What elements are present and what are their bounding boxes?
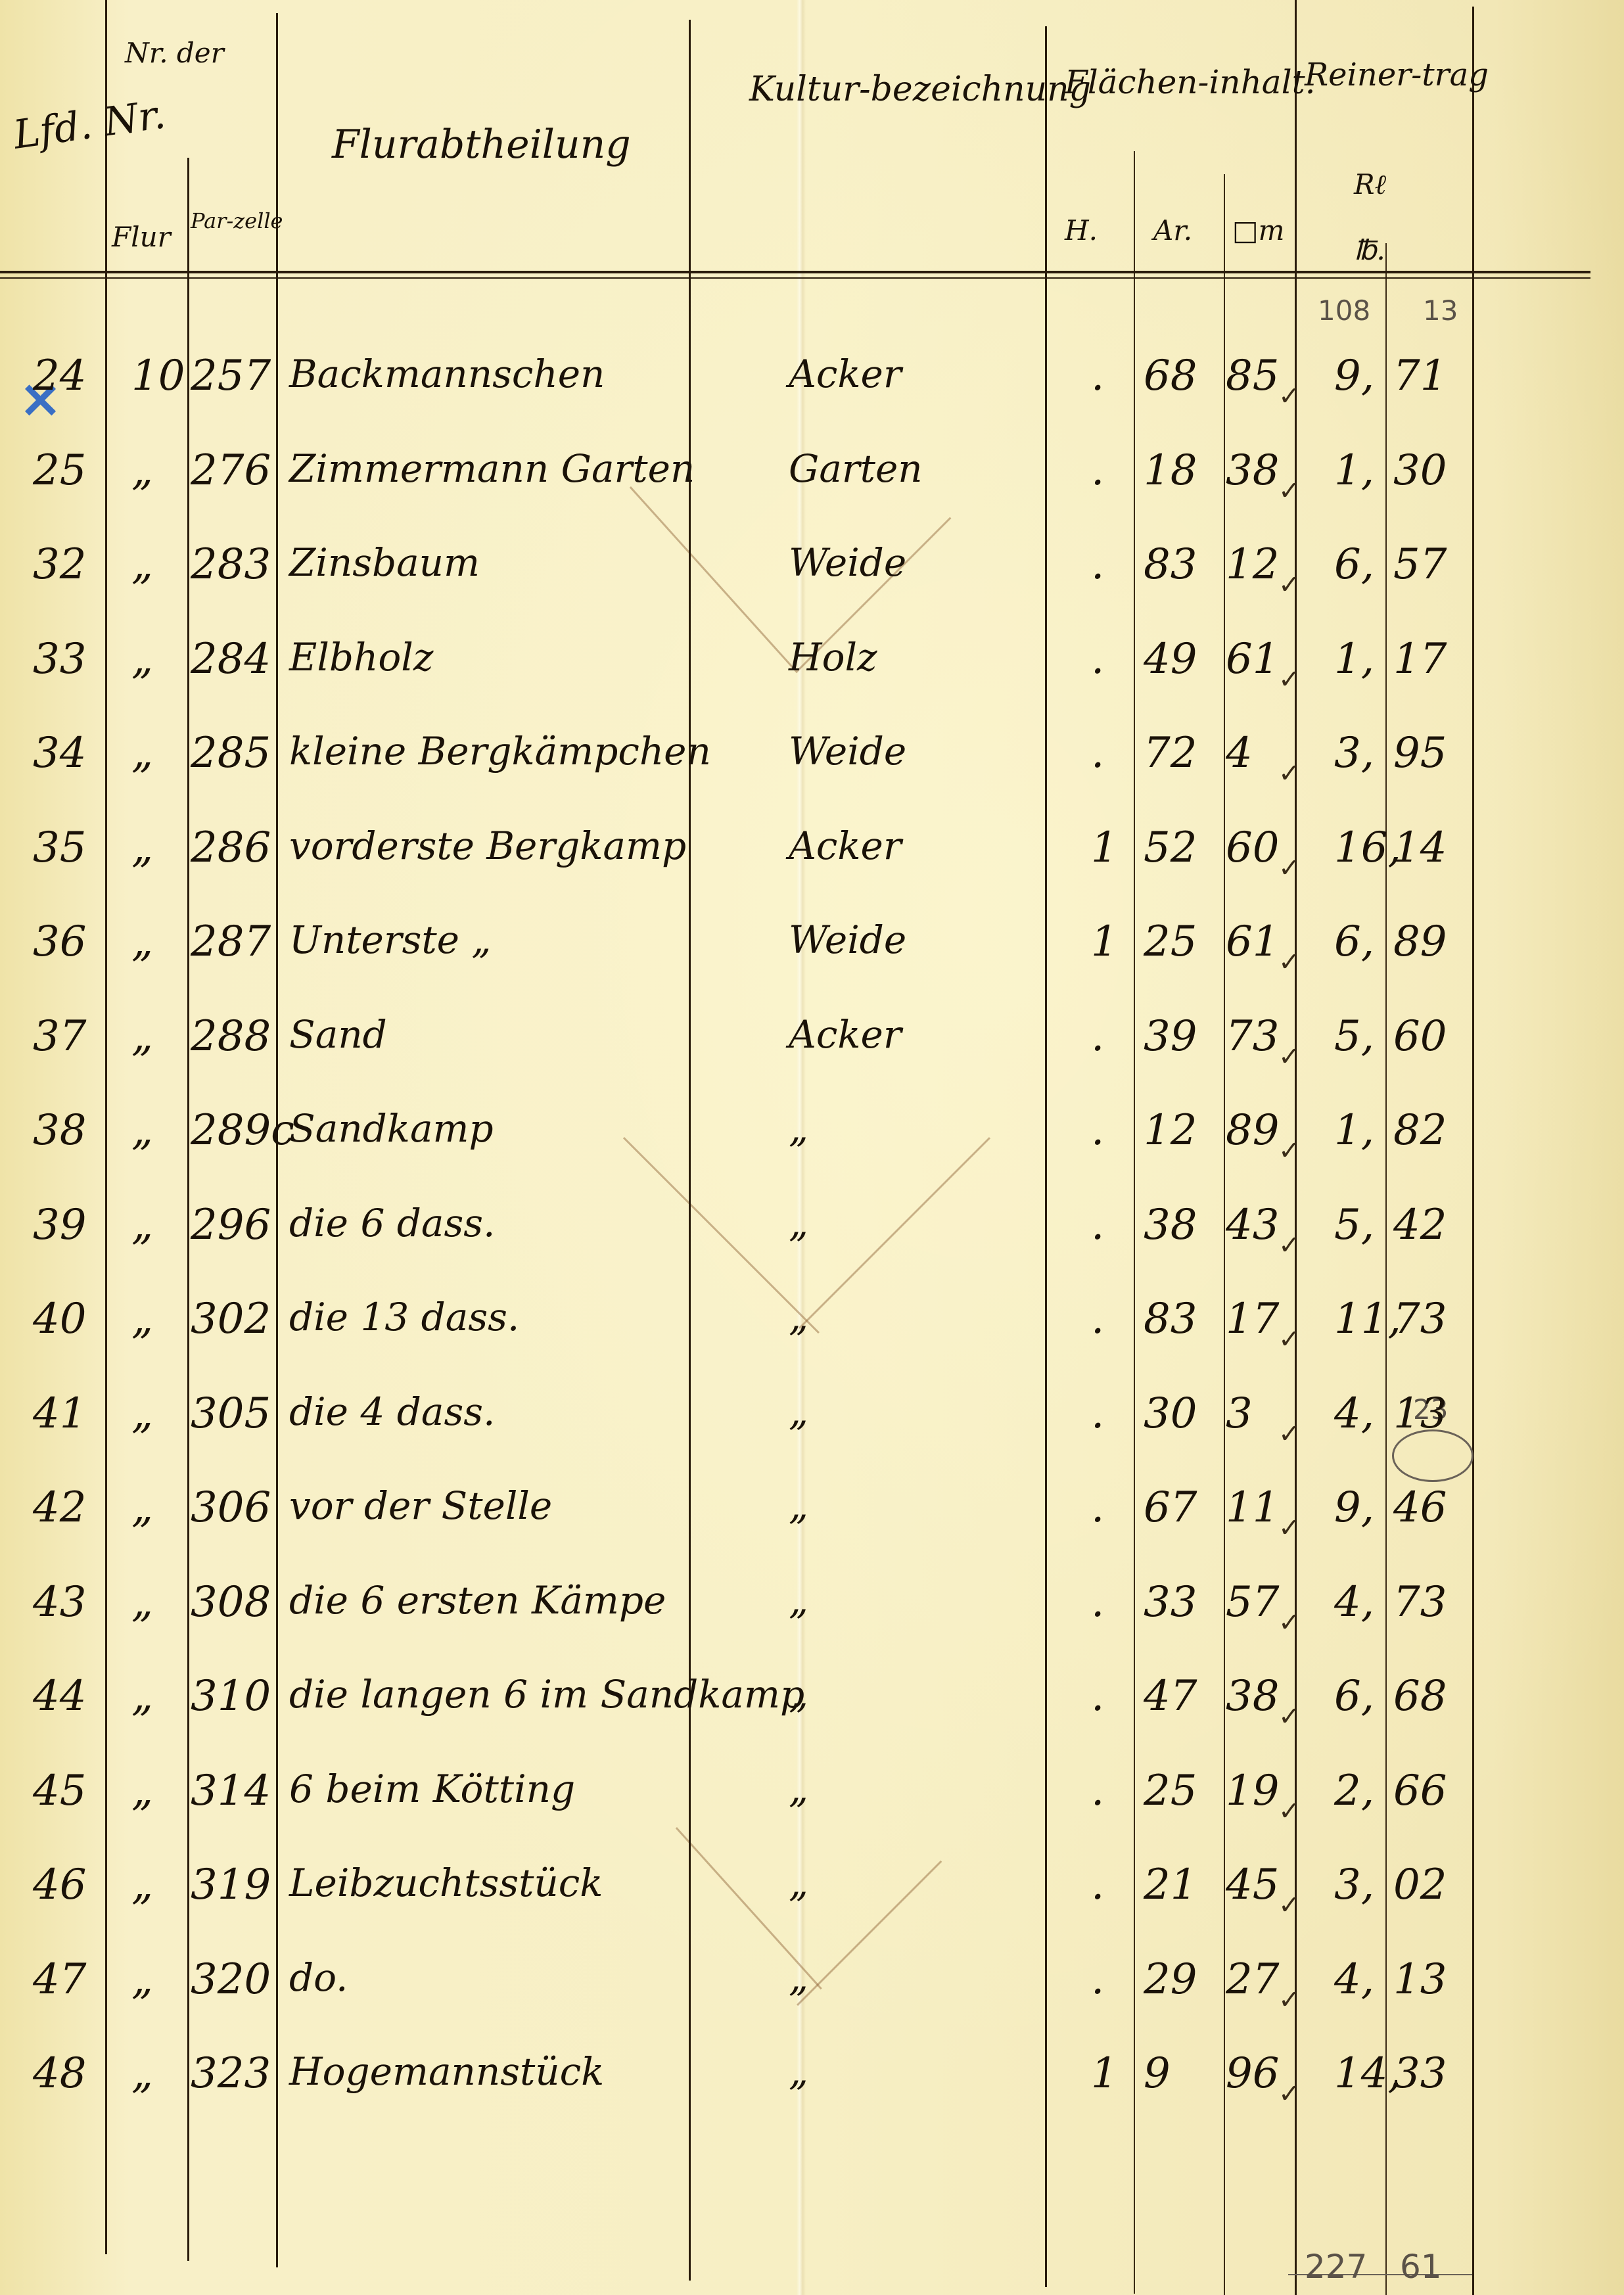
sqm-cell: 4 [1226, 732, 1253, 774]
check-mark-icon: ✓ [1278, 1513, 1301, 1543]
header-nr-der: Nr. der [125, 39, 224, 67]
kultur-cell: „ [789, 1393, 808, 1431]
flur-cell: „ [131, 1109, 153, 1151]
reinertrag-pf-cell: 13 [1393, 1393, 1447, 1435]
reinertrag-pf-cell: 71 [1393, 355, 1447, 397]
flur-cell: „ [131, 921, 153, 963]
table-row: 41„305die 4 dass.„.3034,13✓ [0, 1379, 1624, 1472]
table-row: 33„284ElbholzHolz.49611,17✓ [0, 625, 1624, 717]
flurabtheilung-cell: Zimmermann Garten [289, 450, 695, 488]
flur-cell: „ [131, 1298, 153, 1340]
parzelle-cell: 323 [191, 2052, 271, 2095]
lfd-nr-cell: 25 [33, 450, 86, 492]
ar-cell: 18 [1144, 450, 1197, 492]
flurabtheilung-cell: die 13 dass. [289, 1298, 519, 1336]
sqm-cell: 17 [1226, 1298, 1279, 1340]
reinertrag-thaler-cell: 1, [1334, 450, 1374, 492]
flurabtheilung-cell: die langen 6 im Sandkamp [289, 1675, 804, 1713]
reinertrag-thaler-cell: 6, [1334, 544, 1374, 586]
lfd-nr-cell: 38 [33, 1109, 86, 1151]
parzelle-cell: 310 [191, 1675, 271, 1717]
header-rule [0, 277, 1590, 279]
flurabtheilung-cell: Leibzuchtsstück [289, 1864, 603, 1902]
header-reinertrag-unit: Rℓ [1354, 171, 1386, 198]
parzelle-cell: 308 [191, 1581, 271, 1623]
parzelle-cell: 314 [191, 1770, 271, 1812]
table-row: 36„287Unterste „Weide125616,89✓ [0, 908, 1624, 1000]
check-mark-icon: ✓ [1278, 570, 1301, 600]
lfd-nr-cell: 40 [33, 1298, 86, 1340]
parzelle-cell: 305 [191, 1393, 271, 1435]
hectare-cell: . [1091, 1864, 1104, 1906]
flurabtheilung-cell: Backmannschen [289, 355, 605, 393]
pencil-note: 13 [1423, 294, 1458, 327]
register-page: Lfd. Nr. Nr. der Flur Par-zelle Flurabth… [0, 0, 1624, 2295]
ar-cell: 47 [1144, 1675, 1197, 1717]
reinertrag-thaler-cell: 4, [1334, 1959, 1374, 2001]
flurabtheilung-cell: Unterste „ [289, 921, 491, 959]
sqm-cell: 85 [1226, 355, 1279, 397]
flur-cell: „ [131, 827, 153, 869]
lfd-nr-cell: 42 [33, 1487, 86, 1529]
flurabtheilung-cell: Elbholz [289, 638, 433, 676]
reinertrag-pf-cell: 89 [1393, 921, 1447, 963]
lfd-nr-cell: 48 [33, 2052, 86, 2095]
kultur-cell: „ [789, 1487, 808, 1525]
check-mark-icon: ✓ [1278, 2079, 1301, 2109]
hectare-cell: 1 [1091, 921, 1118, 963]
header-qm: □m [1232, 217, 1285, 244]
kultur-cell: „ [789, 1770, 808, 1808]
parzelle-cell: 302 [191, 1298, 271, 1340]
ar-cell: 25 [1144, 1770, 1197, 1812]
ar-cell: 67 [1144, 1487, 1197, 1529]
reinertrag-thaler-cell: 14, [1334, 2052, 1401, 2095]
table-row: 39„296die 6 dass.„.38435,42✓ [0, 1191, 1624, 1283]
table-row: 34„285kleine BergkämpchenWeide.7243,95✓ [0, 719, 1624, 811]
flurabtheilung-cell: Zinsbaum [289, 544, 480, 582]
sqm-cell: 61 [1226, 921, 1279, 963]
check-mark-icon: ✓ [1278, 1890, 1301, 1920]
ar-cell: 52 [1144, 827, 1197, 869]
table-row: 48„323Hogemannstück„199614,33✓ [0, 2039, 1624, 2131]
check-mark-icon: ✓ [1278, 1136, 1301, 1166]
ar-cell: 25 [1144, 921, 1197, 963]
lfd-nr-cell: 44 [33, 1675, 86, 1717]
sqm-cell: 11 [1226, 1487, 1279, 1529]
reinertrag-pf-cell: 17 [1393, 638, 1447, 680]
hectare-cell: . [1091, 1109, 1104, 1151]
check-mark-icon: ✓ [1278, 476, 1301, 506]
kultur-cell: Acker [789, 1015, 902, 1054]
ar-cell: 72 [1144, 732, 1197, 774]
kultur-cell: Weide [789, 732, 906, 770]
reinertrag-thaler-cell: 9, [1334, 1487, 1374, 1529]
hectare-cell: . [1091, 638, 1104, 680]
reinertrag-thaler-cell: 1, [1334, 1109, 1374, 1151]
ar-cell: 68 [1144, 355, 1197, 397]
lfd-nr-cell: 35 [33, 827, 86, 869]
hectare-cell: . [1091, 1959, 1104, 2001]
header-reinertrag-sub: ℔. [1354, 237, 1385, 264]
parzelle-cell: 306 [191, 1487, 271, 1529]
kultur-cell: „ [789, 1298, 808, 1336]
reinertrag-pf-cell: 95 [1393, 732, 1447, 774]
sqm-cell: 3 [1226, 1393, 1253, 1435]
table-row: 42„306vor der Stelle„.67119,46✓ [0, 1473, 1624, 1565]
ar-cell: 9 [1144, 2052, 1171, 2095]
header-flur: Flur [112, 223, 171, 251]
check-mark-icon: ✓ [1278, 853, 1301, 883]
flurabtheilung-cell: 6 beim Kötting [289, 1770, 575, 1808]
ar-cell: 83 [1144, 1298, 1197, 1340]
lfd-nr-cell: 46 [33, 1864, 86, 1906]
reinertrag-thaler-cell: 9, [1334, 355, 1374, 397]
reinertrag-pf-cell: 42 [1393, 1204, 1447, 1246]
sqm-cell: 89 [1226, 1109, 1279, 1151]
kultur-cell: Holz [789, 638, 877, 676]
hectare-cell: . [1091, 450, 1104, 492]
parzelle-cell: 287 [191, 921, 271, 963]
flur-cell: „ [131, 2052, 153, 2095]
flur-cell: „ [131, 1864, 153, 1906]
flur-cell: „ [131, 1393, 153, 1435]
ar-cell: 30 [1144, 1393, 1197, 1435]
sqm-cell: 45 [1226, 1864, 1279, 1906]
lfd-nr-cell: 43 [33, 1581, 86, 1623]
reinertrag-pf-cell: 02 [1393, 1864, 1447, 1906]
sqm-cell: 60 [1226, 827, 1279, 869]
parzelle-cell: 296 [191, 1204, 271, 1246]
flur-cell: „ [131, 450, 153, 492]
lfd-nr-cell: 34 [33, 732, 86, 774]
check-mark-icon: ✓ [1278, 381, 1301, 411]
reinertrag-thaler-cell: 4, [1334, 1581, 1374, 1623]
table-row: 45„3146 beim Kötting„.25192,66✓ [0, 1757, 1624, 1849]
check-mark-icon: ✓ [1278, 1230, 1301, 1261]
hectare-cell: . [1091, 1298, 1104, 1340]
hectare-cell: . [1091, 1393, 1104, 1435]
flurabtheilung-cell: vor der Stelle [289, 1487, 552, 1525]
sqm-cell: 38 [1226, 450, 1279, 492]
kultur-cell: Weide [789, 544, 906, 582]
kultur-cell: „ [789, 2052, 808, 2091]
flurabtheilung-cell: Sand [289, 1015, 387, 1054]
reinertrag-pf-cell: 46 [1393, 1487, 1447, 1529]
lfd-nr-cell: 32 [33, 544, 86, 586]
kultur-cell: „ [789, 1204, 808, 1242]
ar-cell: 49 [1144, 638, 1197, 680]
table-row: 43„308die 6 ersten Kämpe„.33574,73✓ [0, 1568, 1624, 1660]
check-mark-icon: ✓ [1278, 1042, 1301, 1072]
reinertrag-thaler-cell: 5, [1334, 1015, 1374, 1057]
hectare-cell: . [1091, 355, 1104, 397]
table-row: 25„276Zimmermann GartenGarten.18381,30✓ [0, 436, 1624, 528]
check-mark-icon: ✓ [1278, 1324, 1301, 1355]
table-row: 37„288SandAcker.39735,60✓ [0, 1002, 1624, 1094]
sqm-cell: 38 [1226, 1675, 1279, 1717]
flur-cell: „ [131, 544, 153, 586]
sqm-cell: 43 [1226, 1204, 1279, 1246]
reinertrag-pf-cell: 60 [1393, 1015, 1447, 1057]
lfd-nr-cell: 36 [33, 921, 86, 963]
check-mark-icon: ✓ [1278, 758, 1301, 789]
check-mark-icon: ✓ [1278, 1796, 1301, 1826]
sqm-cell: 96 [1226, 2052, 1279, 2095]
kultur-cell: Weide [789, 921, 906, 959]
ar-cell: 12 [1144, 1109, 1197, 1151]
sqm-cell: 57 [1226, 1581, 1279, 1623]
flur-cell: „ [131, 638, 153, 680]
reinertrag-thaler-cell: 6, [1334, 921, 1374, 963]
parzelle-cell: 285 [191, 732, 271, 774]
header-flaecheninhalt: Flächen-inhalt. [1065, 66, 1316, 99]
reinertrag-thaler-cell: 3, [1334, 732, 1374, 774]
sqm-cell: 61 [1226, 638, 1279, 680]
flur-cell: „ [131, 1204, 153, 1246]
flurabtheilung-cell: die 6 ersten Kämpe [289, 1581, 666, 1619]
header-reinertrag: Reiner-trag [1305, 59, 1489, 91]
reinertrag-pf-cell: 66 [1393, 1770, 1447, 1812]
ar-cell: 21 [1144, 1864, 1197, 1906]
flur-cell: „ [131, 732, 153, 774]
reinertrag-thaler-cell: 11, [1334, 1298, 1401, 1340]
reinertrag-pf-cell: 33 [1393, 2052, 1447, 2095]
parzelle-cell: 289c [191, 1109, 294, 1151]
reinertrag-pf-cell: 57 [1393, 544, 1447, 586]
flur-cell: „ [131, 1675, 153, 1717]
reinertrag-thaler-cell: 4, [1334, 1393, 1374, 1435]
flurabtheilung-cell: Sandkamp [289, 1109, 494, 1147]
header-ha: H. [1065, 217, 1098, 244]
reinertrag-thaler-cell: 1, [1334, 638, 1374, 680]
check-mark-icon: ✓ [1278, 664, 1301, 695]
table-row: 32„283ZinsbaumWeide.83126,57✓ [0, 530, 1624, 622]
table-row: 2410257BackmannschenAcker.68859,71✓ [0, 342, 1624, 434]
header-parzelle: Par-zelle [191, 210, 283, 231]
sqm-cell: 19 [1226, 1770, 1279, 1812]
check-mark-icon: ✓ [1278, 1608, 1301, 1638]
reinertrag-thaler-cell: 6, [1334, 1675, 1374, 1717]
lfd-nr-cell: 41 [33, 1393, 86, 1435]
ar-cell: 83 [1144, 544, 1197, 586]
check-mark-icon: ✓ [1278, 947, 1301, 977]
check-mark-icon: ✓ [1278, 1985, 1301, 2015]
parzelle-cell: 319 [191, 1864, 271, 1906]
flur-cell: „ [131, 1770, 153, 1812]
lfd-nr-cell: 24 [33, 355, 86, 397]
hectare-cell: . [1091, 732, 1104, 774]
kultur-cell: „ [789, 1675, 808, 1713]
parzelle-cell: 284 [191, 638, 271, 680]
flur-cell: „ [131, 1581, 153, 1623]
ar-cell: 29 [1144, 1959, 1197, 2001]
reinertrag-pf-cell: 30 [1393, 450, 1447, 492]
parzelle-cell: 320 [191, 1959, 271, 2001]
reinertrag-pf-cell: 73 [1393, 1581, 1447, 1623]
table-row: 44„310die langen 6 im Sandkamp„.47386,68… [0, 1662, 1624, 1754]
hectare-cell: . [1091, 1487, 1104, 1529]
kultur-cell: „ [789, 1581, 808, 1619]
header-rule [0, 271, 1590, 273]
sqm-cell: 73 [1226, 1015, 1279, 1057]
hectare-cell: . [1091, 1581, 1104, 1623]
hectare-cell: . [1091, 1204, 1104, 1246]
flurabtheilung-cell: vorderste Bergkamp [289, 827, 686, 865]
total-reinertrag-pf: 61 [1400, 2248, 1442, 2286]
lfd-nr-cell: 37 [33, 1015, 86, 1057]
lfd-nr-cell: 39 [33, 1204, 86, 1246]
hectare-cell: 1 [1091, 2052, 1118, 2095]
pencil-note: 108 [1318, 294, 1370, 327]
reinertrag-thaler-cell: 2, [1334, 1770, 1374, 1812]
hectare-cell: . [1091, 1675, 1104, 1717]
total-reinertrag-thaler: 227 [1305, 2248, 1367, 2286]
kultur-cell: „ [789, 1959, 808, 1997]
flur-cell: „ [131, 1487, 153, 1529]
reinertrag-pf-cell: 68 [1393, 1675, 1447, 1717]
reinertrag-thaler-cell: 16, [1334, 827, 1401, 869]
table-row: 35„286vorderste BergkampAcker1526016,14✓ [0, 814, 1624, 906]
sqm-cell: 12 [1226, 544, 1279, 586]
kultur-cell: Acker [789, 827, 902, 865]
header-ar: Ar. [1153, 217, 1192, 244]
table-row: 46„319Leibzuchtsstück„.21453,02✓ [0, 1851, 1624, 1943]
reinertrag-thaler-cell: 5, [1334, 1204, 1374, 1246]
reinertrag-pf-cell: 14 [1393, 827, 1447, 869]
ar-cell: 39 [1144, 1015, 1197, 1057]
flurabtheilung-cell: die 4 dass. [289, 1393, 495, 1431]
flurabtheilung-cell: Hogemannstück [289, 2052, 604, 2091]
parzelle-cell: 286 [191, 827, 271, 869]
ar-cell: 33 [1144, 1581, 1197, 1623]
flur-cell: „ [131, 1015, 153, 1057]
reinertrag-pf-cell: 82 [1393, 1109, 1447, 1151]
sqm-cell: 27 [1226, 1959, 1279, 2001]
flur-cell: 10 [131, 355, 185, 397]
reinertrag-pf-cell: 73 [1393, 1298, 1447, 1340]
parzelle-cell: 276 [191, 450, 271, 492]
check-mark-icon: ✓ [1278, 1702, 1301, 1732]
header-kultur: Kultur-bezeichnung [749, 72, 1091, 106]
kultur-cell: Garten [789, 450, 923, 488]
reinertrag-thaler-cell: 3, [1334, 1864, 1374, 1906]
flur-cell: „ [131, 1959, 153, 2001]
parzelle-cell: 288 [191, 1015, 271, 1057]
hectare-cell: . [1091, 544, 1104, 586]
reinertrag-pf-cell: 13 [1393, 1959, 1447, 2001]
lfd-nr-cell: 45 [33, 1770, 86, 1812]
table-row: 38„289cSandkamp„.12891,82✓ [0, 1096, 1624, 1188]
parzelle-cell: 257 [191, 355, 271, 397]
hectare-cell: . [1091, 1015, 1104, 1057]
hectare-cell: . [1091, 1770, 1104, 1812]
parzelle-cell: 283 [191, 544, 271, 586]
lfd-nr-cell: 33 [33, 638, 86, 680]
header-flurabtheilung: Flurabtheilung [332, 125, 631, 164]
flurabtheilung-cell: kleine Bergkämpchen [289, 732, 711, 770]
kultur-cell: „ [789, 1864, 808, 1902]
flurabtheilung-cell: die 6 dass. [289, 1204, 495, 1242]
hectare-cell: 1 [1091, 827, 1118, 869]
kultur-cell: „ [789, 1109, 808, 1147]
lfd-nr-cell: 47 [33, 1959, 86, 2001]
ar-cell: 38 [1144, 1204, 1197, 1246]
flurabtheilung-cell: do. [289, 1959, 348, 1997]
check-mark-icon: ✓ [1278, 1419, 1301, 1449]
table-row: 40„302die 13 dass.„.831711,73✓ [0, 1285, 1624, 1377]
header-lfd-nr: Lfd. Nr. [11, 95, 168, 155]
kultur-cell: Acker [789, 355, 902, 393]
table-row: 47„320do.„.29274,13✓ [0, 1945, 1624, 2037]
